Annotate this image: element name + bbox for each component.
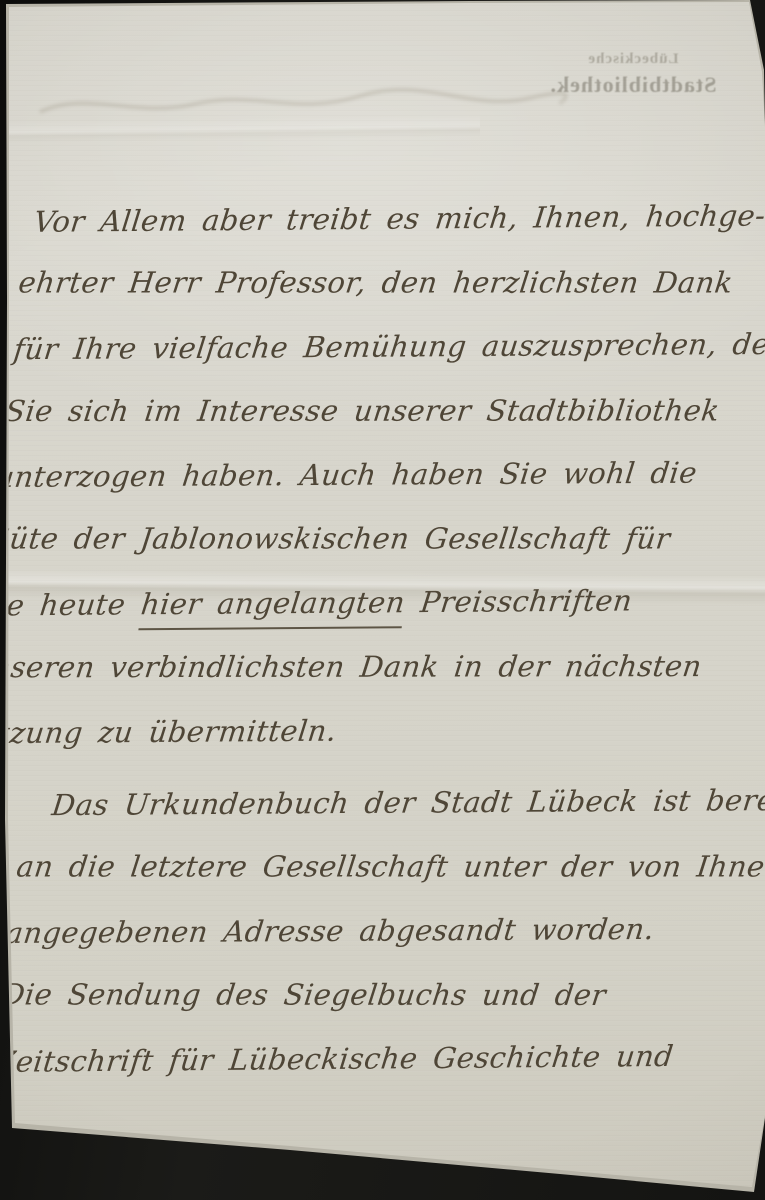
- stamp-library-label: Stadtbibliothek.: [538, 71, 728, 99]
- handwritten-line: unseren verbindlichsten Dank in der näch…: [0, 634, 697, 699]
- handwritten-line: für Ihre vielfache Bemühung auszuspreche…: [10, 312, 735, 381]
- handwritten-line: Vor Allem aber treibt es mich, Ihnen, ho…: [30, 184, 750, 254]
- bleedthrough-handwriting-marks: [30, 72, 570, 132]
- stamp-city-label: Lübeckische: [538, 50, 728, 69]
- scanned-letter-photo: Lübeckische Stadtbibliothek. Vor Allem a…: [0, 0, 765, 1200]
- handwritten-line: Zeitschrift für Lübeckische Geschichte u…: [0, 1024, 720, 1094]
- handwritten-line: Die Sendung des Siegelbuchs und der: [0, 962, 727, 1027]
- handwritten-line: Das Urkundenbuch der Stadt Lübeck ist be…: [48, 768, 750, 837]
- handwritten-line: Sie sich im Interesse unserer Stadtbibli…: [1, 378, 727, 443]
- letter-paragraph-2: Das Urkundenbuch der Stadt Lübeck ist be…: [0, 769, 750, 1092]
- handwritten-line: die heute hier angelangten Preisschrifte…: [0, 568, 705, 638]
- line-segment: Preisschriften: [403, 583, 634, 619]
- handwritten-line: angegebenen Adresse abgesandt worden.: [2, 897, 735, 965]
- underlined-phrase: hier angelangten: [138, 585, 407, 630]
- line-segment: die heute: [0, 587, 143, 622]
- letter-page: Lübeckische Stadtbibliothek. Vor Allem a…: [0, 0, 765, 1200]
- handwritten-line: an die letztere Gesellschaft unter der v…: [13, 835, 743, 899]
- letterhead-stamp-bleedthrough: Lübeckische Stadtbibliothek.: [538, 50, 728, 98]
- handwritten-line: ehrter Herr Professor, den herzlichsten …: [15, 251, 743, 315]
- handwritten-line: unterzogen haben. Auch haben Sie wohl di…: [0, 441, 720, 509]
- letter-paragraph-1: Vor Allem aber treibt es mich, Ihnen, ho…: [0, 185, 750, 764]
- handwritten-line: Sitzung zu übermitteln.: [0, 696, 689, 765]
- handwritten-line: Güte der Jablonowskischen Gesellschaft f…: [0, 507, 712, 571]
